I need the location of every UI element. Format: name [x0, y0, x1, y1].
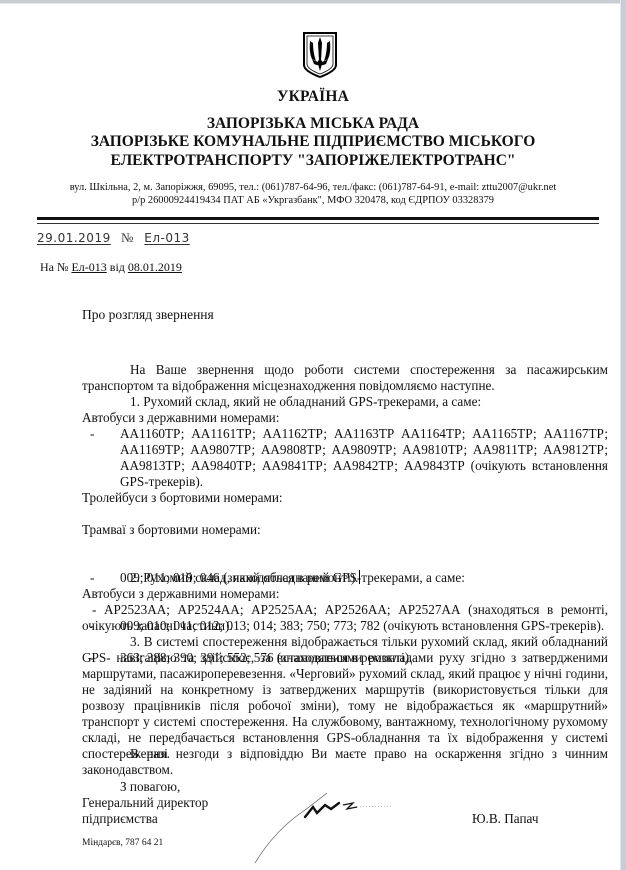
signatory-name: Ю.В. Папач — [472, 811, 538, 827]
closing-text: З повагою, — [82, 779, 208, 795]
letter-subject: Про розгляд звернення — [82, 307, 214, 323]
bank-details-line: р/р 26000924419434 ПАТ АБ «Укргазбанк", … — [0, 195, 626, 206]
position-line2: підприємства — [82, 811, 208, 827]
section1-trams-label: Трамваї з бортовими номерами: — [82, 522, 608, 538]
position-line1: Генеральний директор — [82, 795, 208, 811]
outgoing-number: Ел-013 — [144, 231, 190, 245]
signature-block: З повагою, Генеральний директор підприєм… — [82, 779, 208, 827]
council-heading: ЗАПОРІЗЬКА МІСЬКА РАДА — [0, 115, 626, 133]
reply-from-word: від — [110, 260, 125, 274]
section1-buses-list-item: - АА1160ТР; АА1161ТР; АА1162ТР; АА1163ТР… — [82, 426, 608, 490]
outgoing-registration: 29.01.2019 № Ел-013 — [37, 230, 190, 246]
outgoing-date: 29.01.2019 — [37, 231, 111, 245]
coat-of-arms-icon — [302, 31, 338, 79]
intro-paragraph: На Ваше звернення щодо роботи системи сп… — [82, 362, 608, 394]
organization-heading-line2: ЕЛЕКТРОТРАНСПОРТУ "ЗАПОРІЖЕЛЕКТРОТРАНС" — [0, 152, 626, 170]
list-marker: - — [90, 426, 94, 442]
section3-paragraph: 3. В системі спостереження відображаєтьс… — [82, 634, 608, 762]
country-heading: УКРАЇНА — [0, 88, 626, 106]
header-rule-thin — [37, 223, 599, 224]
address-line: вул. Шкільна, 2, м. Запоріжжя, 69095, те… — [0, 182, 626, 193]
handwritten-signature — [235, 785, 395, 865]
section1-buses-label: Автобуси з державними номерами: — [82, 410, 608, 426]
section1-title: 1. Рухомий склад, який не обладнаний GPS… — [82, 394, 608, 410]
reply-date: 08.01.2019 — [128, 260, 182, 274]
reply-reference: На № Ел-013 від 08.01.2019 — [40, 260, 182, 275]
section2-buses-label: Автобуси з державними номерами: — [82, 586, 608, 602]
header-rule-thick — [37, 217, 599, 220]
section2-buses-list-item: - АР2523АА; АР2524АА; АР2525АА; АР2526АА… — [82, 602, 608, 634]
number-sign: № — [121, 230, 134, 245]
section2-title: 2. Рухомий склад, який обладнаний GPS-тр… — [82, 570, 608, 586]
organization-heading-line1: ЗАПОРІЗЬКЕ КОМУНАЛЬНЕ ПІДПРИЄМСТВО МІСЬК… — [0, 133, 626, 151]
letter-page: УКРАЇНА ЗАПОРІЗЬКА МІСЬКА РАДА ЗАПОРІЗЬК… — [0, 0, 620, 870]
executor-contact: Міндарєв, 787 64 21 — [82, 838, 163, 848]
appeal-paragraph: В разі незгоди з відповіддю Ви маєте пра… — [82, 746, 608, 778]
reply-prefix: На № — [40, 260, 68, 274]
bus-numbers-text: АА1160ТР; АА1161ТР; АА1162ТР; АА1163ТР А… — [120, 426, 608, 489]
reply-number: Ел-013 — [71, 260, 106, 274]
section1-trolleybuses-label: Тролейбуси з бортовими номерами: — [82, 490, 608, 506]
